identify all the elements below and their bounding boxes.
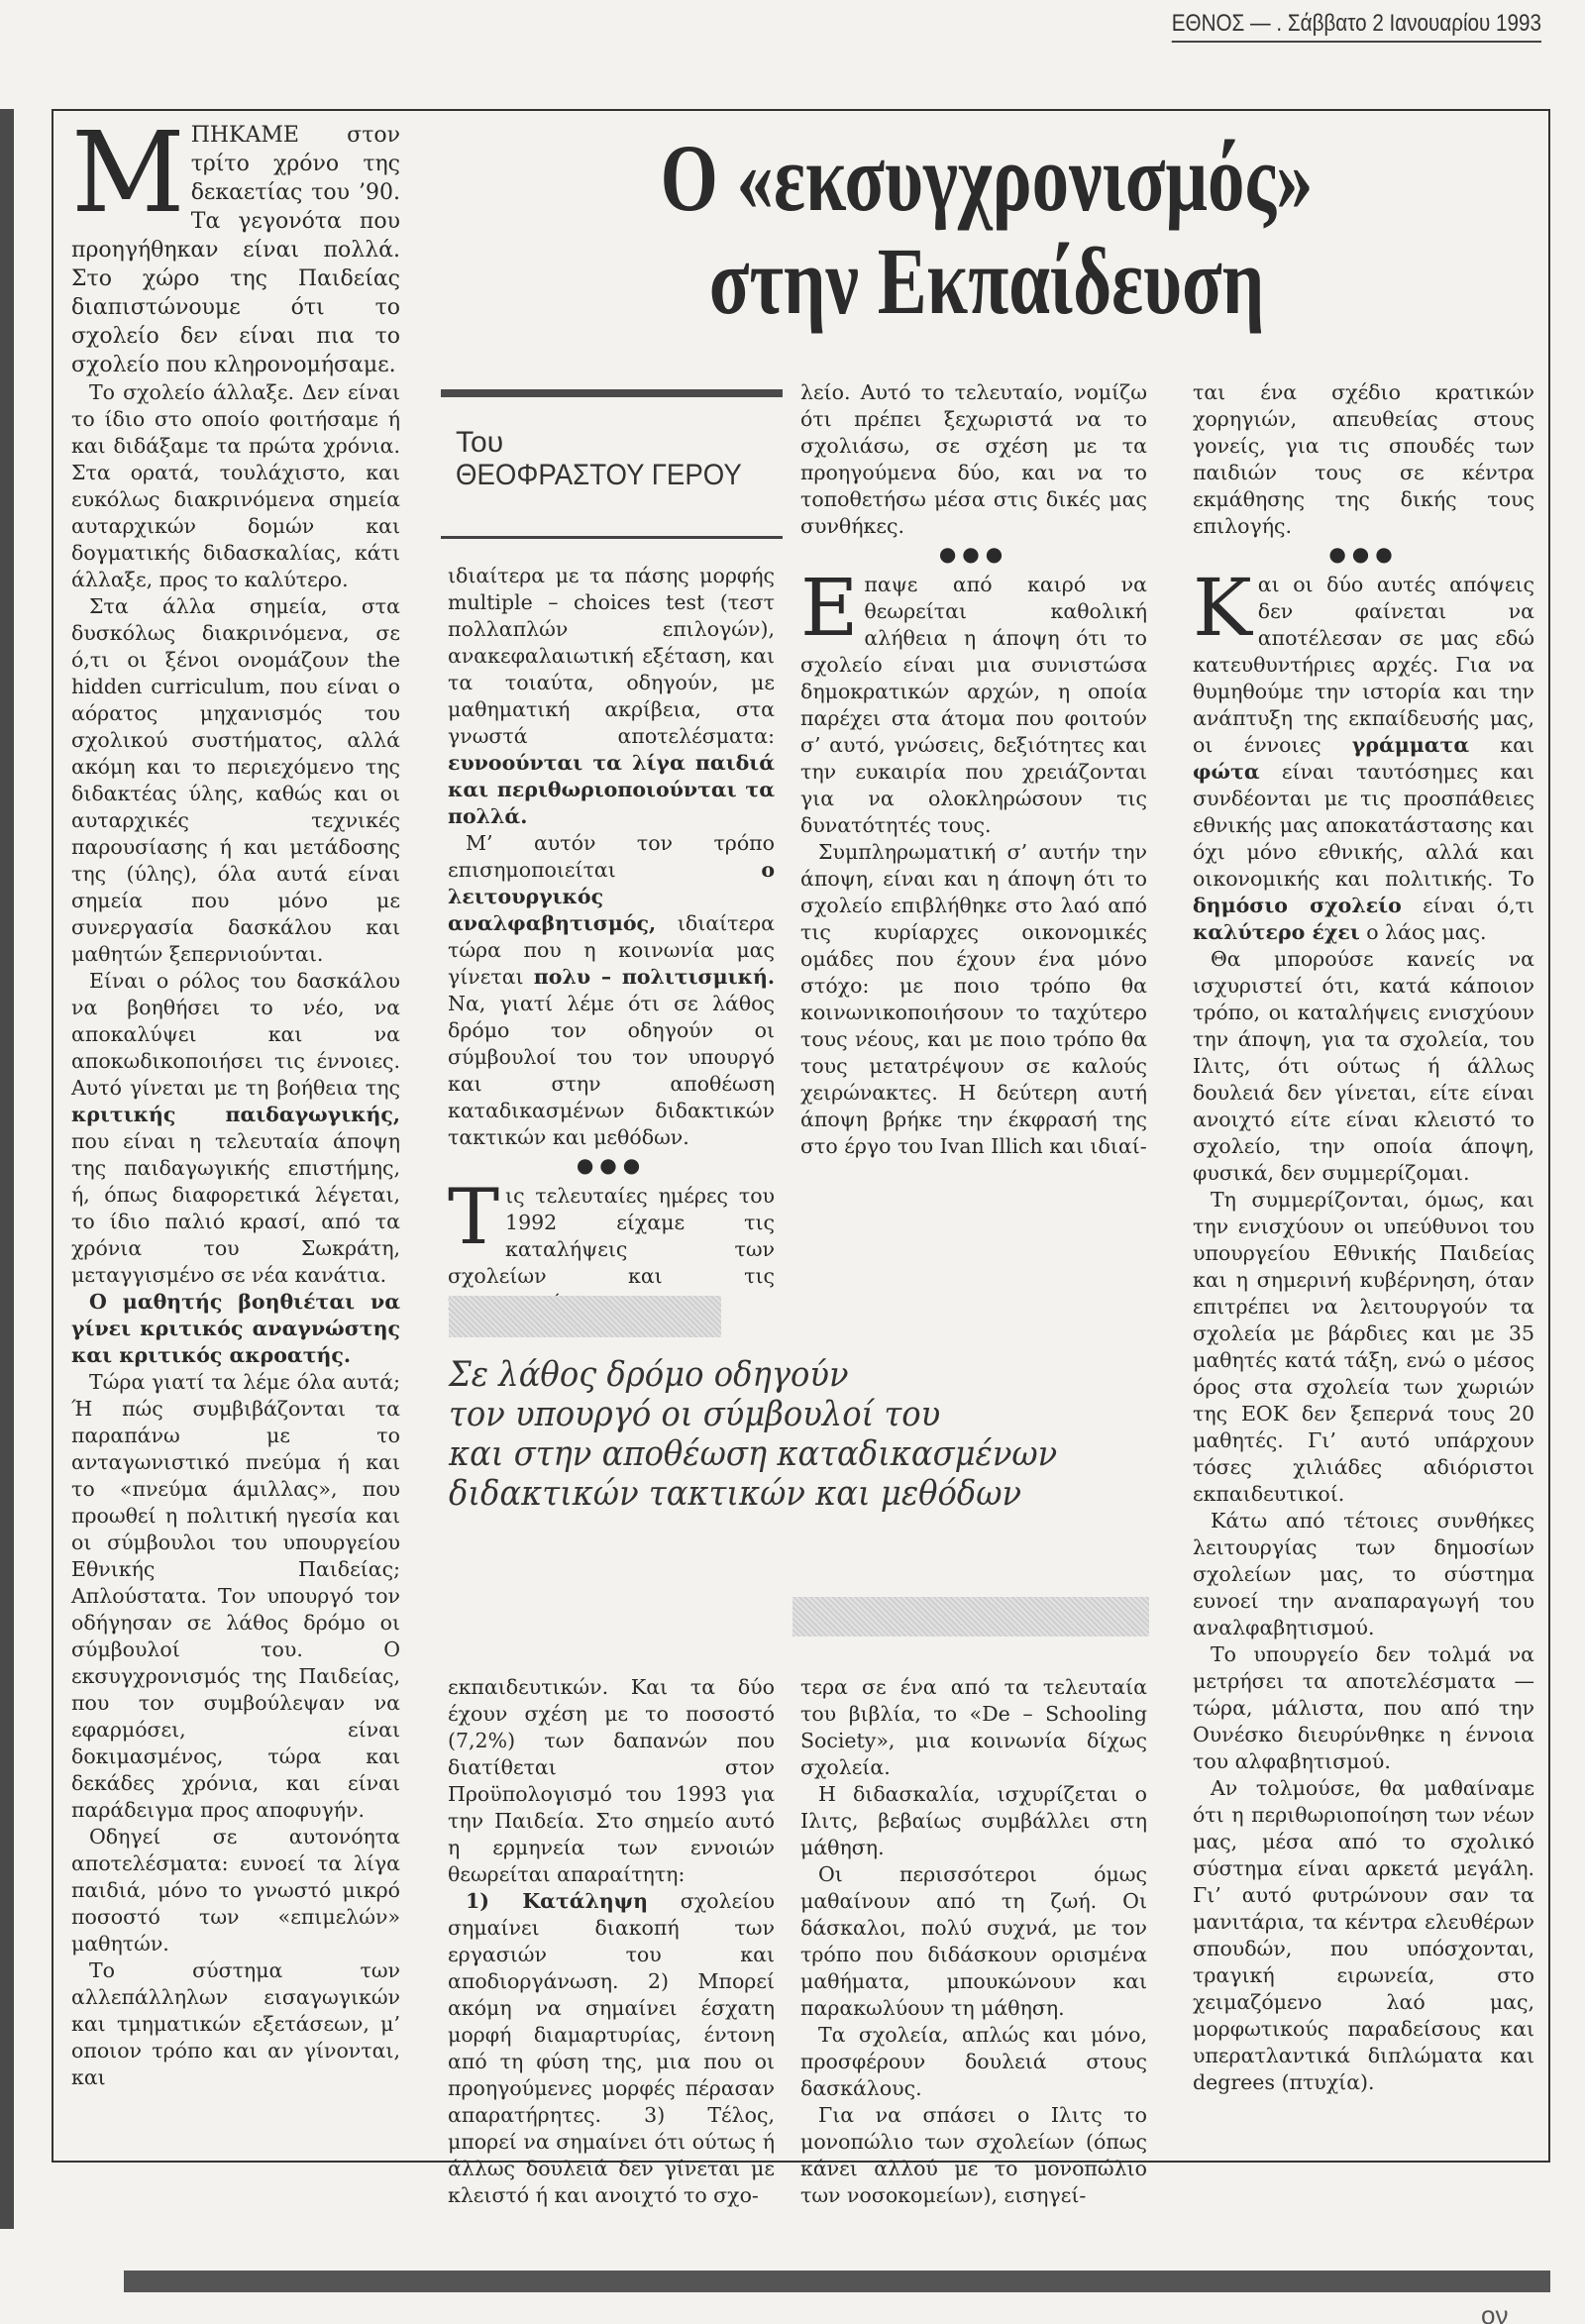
bold-run: γράμματα [1352,733,1469,757]
bold-run: καλύτερο έχει [1193,920,1360,944]
column-2-lower: εκπαιδευτικών. Και τα δύο έχουν σχέση με… [448,1674,775,2209]
paragraph: Η διδασκαλία, ισχυρίζεται ο Ιλιτς, βεβαί… [800,1781,1147,1861]
paragraph: Αν τολμούσε, θα μαθαίναμε ότι η περιθωρι… [1193,1775,1534,2096]
bold-run: κριτικής παιδαγωγικής, [71,1103,400,1126]
paragraph: τερα σε ένα από τα τελευταία του βιβλία,… [800,1674,1147,1781]
paragraph: ιδιαίτερα με τα πάσης μορφής multiple – … [448,563,775,830]
bold-run: πολυ – πολιτισμική. [534,965,775,989]
text-run: ιδιαίτερα με τα πάσης μορφής multiple – … [448,564,775,748]
text-run: είναι ό,τι [1402,894,1534,917]
paragraph: 1) Κατάληψη σχολείου σημαίνει διακοπή τω… [448,1888,775,2209]
byline-bottom-rule [441,536,783,539]
paragraph: Για να σπάσει ο Ιλιτς το μονοπώλιο των σ… [800,2102,1147,2209]
dropcap-m: Μ [71,129,185,220]
paragraph: Τα σχολεία, απλώς και μόνο, προσφέρουν δ… [800,2022,1147,2102]
cut-off-text-fragment: ον [1481,2300,1508,2324]
paragraph: Το υπουργείο δεν τολμά να μετρήσει τα απ… [1193,1641,1534,1775]
paragraph: Το σύστημα των αλλεπάλληλων εισαγωγικών … [71,1957,400,2091]
dropcap-t: Τ [448,1187,499,1250]
dropcap-e: Ε [800,576,858,641]
paragraph: εκπαιδευτικών. Και τα δύο έχουν σχέση με… [448,1674,775,1888]
dropcap-k: Κ [1193,576,1252,641]
bold-run: ευνοούνται τα λίγα παιδιά και περιθωριοπ… [448,751,775,828]
pull-quote-top-bar [449,1296,721,1337]
text-run: σχολείου σημαίνει διακοπή των εργασιών τ… [448,1889,775,2207]
paragraph: Το σχολείο άλλαξε. Δεν είναι το ίδιο στο… [71,379,400,593]
paragraph: ται ένα σχέδιο κρατικών χορηγιών, απευθε… [1193,379,1534,540]
text-run: Μ’ αυτόν τον τρόπο επισημοποιείται [448,831,775,882]
bold-run: δημόσιο σχολείο [1193,894,1402,917]
pull-quote-line: Σε λάθος δρόμο οδηγούν [449,1355,1105,1395]
paragraph: Είναι ο ρόλος του δασκάλου να βοηθήσει τ… [71,968,400,1289]
pull-quote-line: και στην αποθέωση καταδικασμένων [449,1434,1105,1474]
headline-line-1: Ο «εκσυγχρονισμός» [554,127,1420,230]
paragraph: Κάτω από τέτοιες συνθήκες λειτουργίας τω… [1193,1508,1534,1641]
bold-run: Ο μαθητής βοηθιέται να γίνει κριτικός αν… [71,1290,400,1367]
pull-quote-line: τον υπουργό οι σύμβουλοί του [449,1395,1105,1434]
dateline: ΕΘΝΟΣ — . Σάββατο 2 Ιανουαρίου 1993 [1172,10,1541,43]
paragraph: Τώρα γιατί τα λέμε όλα αυτά; Ή πώς συμβι… [71,1369,400,1824]
paragraph: Τη συμμερίζονται, όμως, και την ενισχύου… [1193,1187,1534,1508]
pull-quote-bottom-bar [792,1597,1149,1637]
column-3-lower: τερα σε ένα από τα τελευταία του βιβλία,… [800,1674,1147,2209]
column-3-upper: λείο. Αυτό το τελευταίο, νομίζω ότι πρέπ… [800,379,1147,1160]
scan-edge-bar [0,109,14,2229]
bold-run: φώτα [1193,760,1260,784]
bottom-edge-bar [124,2271,1550,2292]
text-run: και [1469,733,1534,757]
paragraph: Οδηγεί σε αυτονόητα αποτελέσματα: ευνοεί… [71,1824,400,1957]
headline: Ο «εκσυγχρονισμός» στην Εκπαίδευση [554,127,1420,333]
paragraph: λείο. Αυτό το τελευταίο, νομίζω ότι πρέπ… [800,379,1147,540]
text-run: ο λάος μας. [1360,920,1487,944]
bold-run: 1) Κατάληψη [466,1889,648,1913]
paragraph: Μ’ αυτόν τον τρόπο επισημοποιείται ο λει… [448,830,775,1151]
paragraph: Στα άλλα σημεία, στα δυσκόλως διακρινόμε… [71,593,400,968]
paragraph: Ο μαθητής βοηθιέται να γίνει κριτικός αν… [71,1289,400,1369]
paragraph: Θα μπορούσε κανείς να ισχυριστεί ότι, κα… [1193,946,1534,1187]
text-run: Να, γιατί λέμε ότι σε λάθος δρόμο τον οδ… [448,992,775,1149]
paragraph: Συμπληρωματική σ’ αυτήν την άποψη, είναι… [800,839,1147,1160]
column-4: ται ένα σχέδιο κρατικών χορηγιών, απευθε… [1193,379,1534,2096]
column-1: Μ ΠΗΚΑΜΕ στον τρίτο χρόνο της δεκαετίας … [71,121,400,2091]
byline-prefix: Του [456,426,503,460]
headline-line-2: στην Εκπαίδευση [554,230,1420,333]
column-2-upper: ιδιαίτερα με τα πάσης μορφής multiple – … [448,563,775,1317]
byline-author: ΘΕΟΦΡΑΣΤΟΥ ΓΕΡΟΥ [456,459,742,492]
pull-quote-line: διδακτικών τακτικών και μεθόδων [449,1474,1105,1514]
pull-quote: Σε λάθος δρόμο οδηγούν τον υπουργό οι σύ… [449,1355,1162,1514]
text-run: Είναι ο ρόλος του δασκάλου να βοηθήσει τ… [71,969,400,1100]
text-run: που είναι η τελευταία άποψη της παιδαγωγ… [71,1129,400,1287]
paragraph: Οι περισσότεροι όμως μαθαίνουν από τη ζω… [800,1861,1147,2022]
byline-top-rule [441,389,783,397]
